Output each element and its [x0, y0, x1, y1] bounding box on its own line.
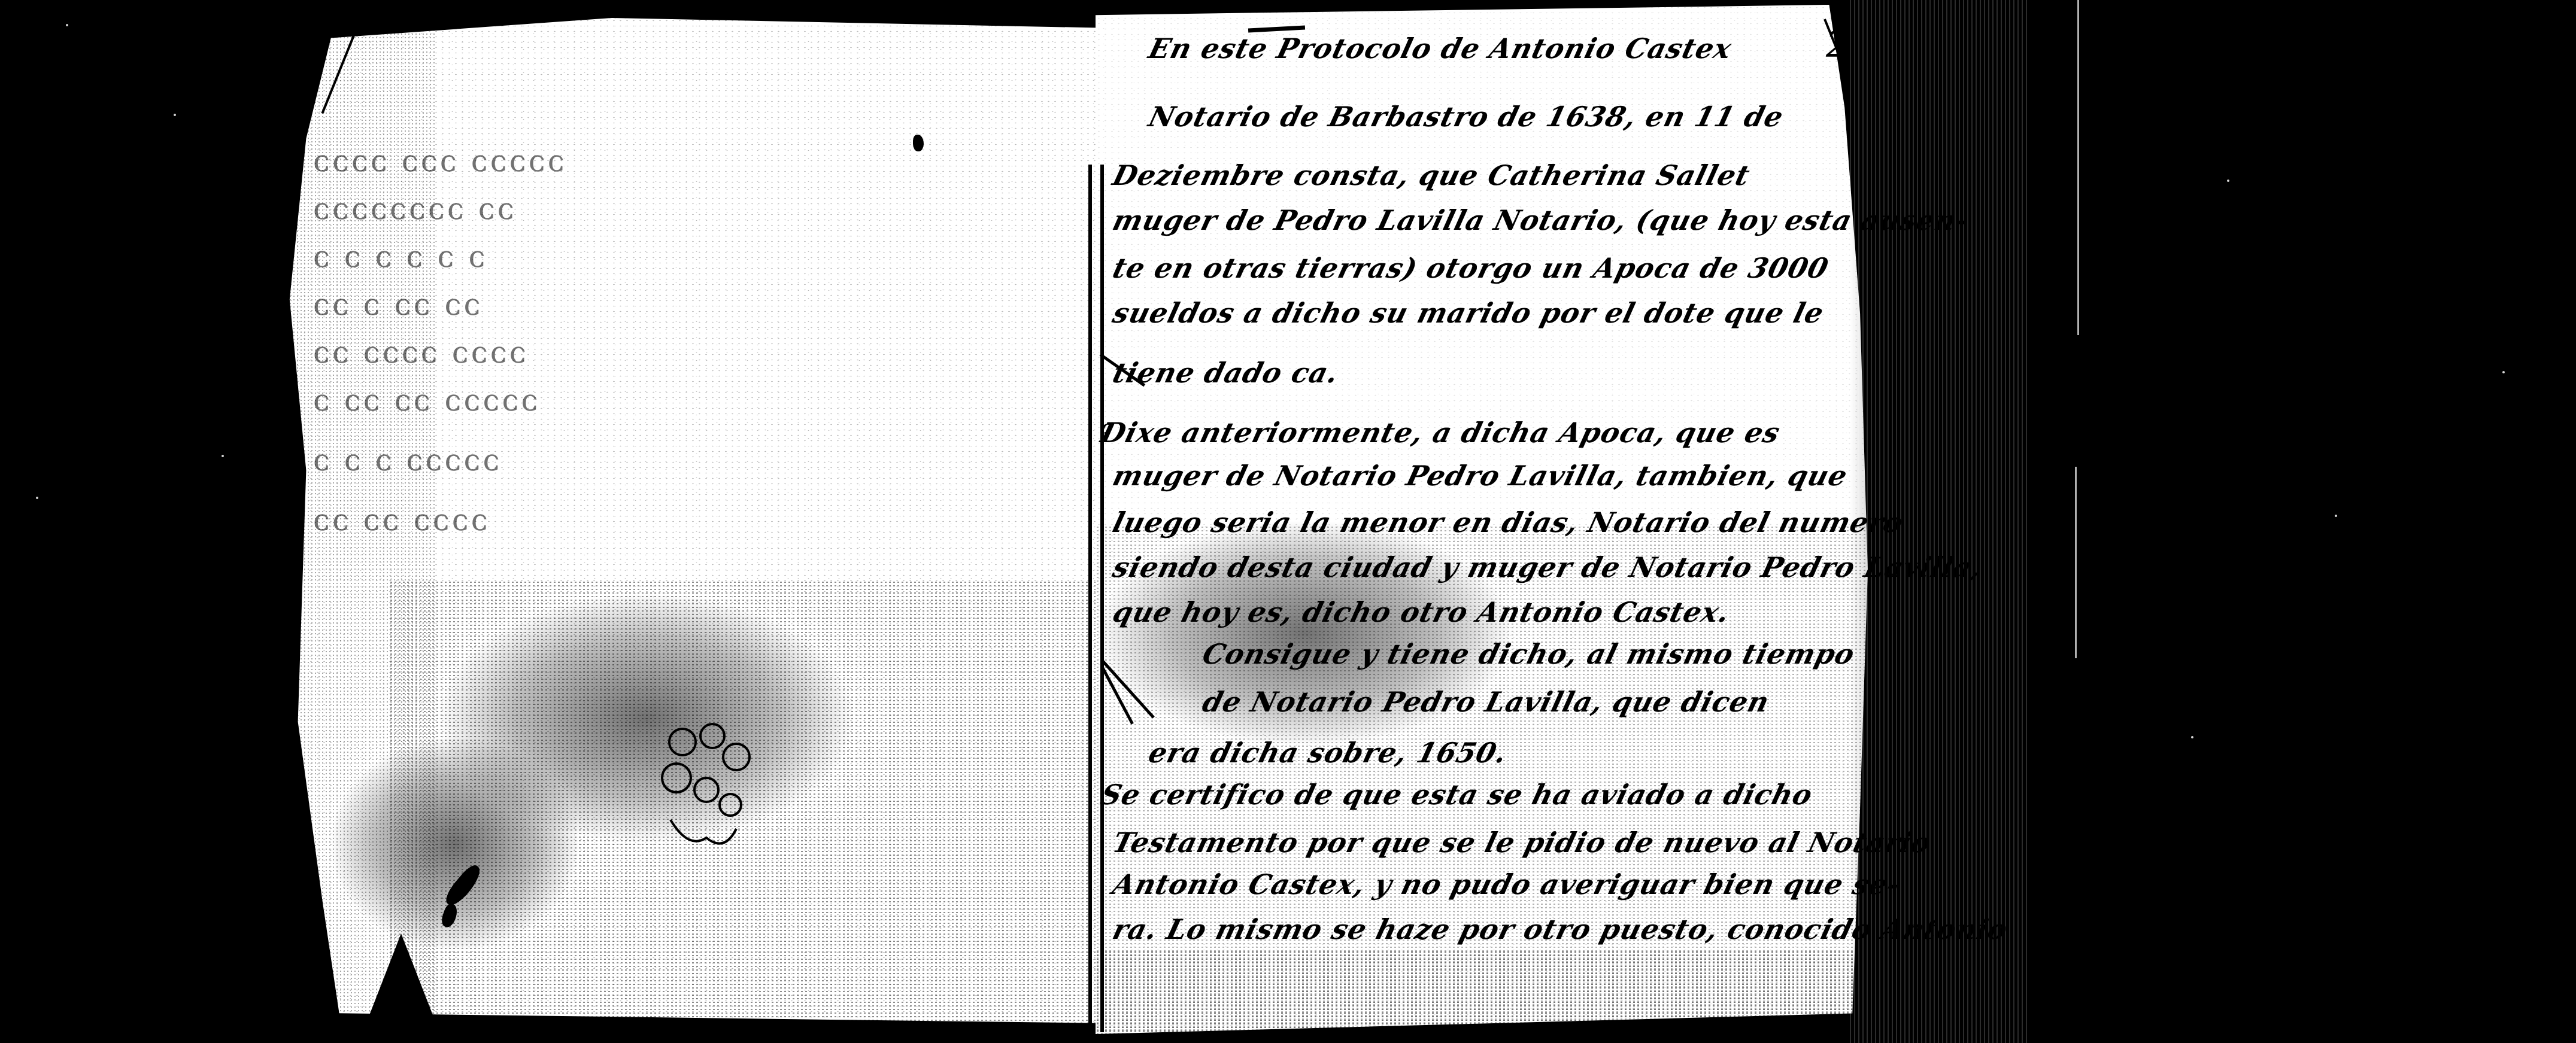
manuscript-line: luego seria la menor en dias, Notario de… — [1110, 509, 1871, 536]
bleed-line: ɔɔɔɔ ɔɔɔɔ ɔɔ — [308, 335, 530, 370]
bleed-line: ɔɔɔɔɔ ɔɔɔ ɔɔɔɔ — [308, 144, 569, 178]
manuscript-line: muger de Pedro Lavilla Notario, (que hoy… — [1110, 206, 1871, 234]
film-scratch-line — [2077, 0, 2079, 335]
manuscript-line: tiene dado ca. — [1110, 359, 1871, 387]
dust-speck — [2191, 736, 2193, 738]
manuscript-line: En este Protocolo de Antonio Castex — [1146, 35, 1907, 62]
manuscript-line: Se certifico de que esta se ha aviado a … — [1098, 781, 1859, 808]
film-scratch-line — [2075, 467, 2077, 658]
manuscript-line: ra. Lo mismo se haze por otro puesto, co… — [1110, 916, 1871, 943]
margin-mark: o — [1098, 419, 1856, 437]
manuscript-line: Antonio Castex, y no pudo averiguar bien… — [1110, 871, 1871, 898]
ink-blot — [913, 135, 924, 151]
bleed-line: ɔɔ ɔɔɔɔɔɔɔɔ — [308, 191, 518, 226]
bleed-line: ɔɔɔɔɔ ɔ ɔ ɔ — [308, 443, 504, 478]
dust-speck — [2335, 515, 2337, 517]
bleed-line: ɔɔ ɔɔ ɔ ɔɔ — [308, 287, 485, 322]
dust-speck — [2502, 371, 2505, 373]
manuscript-line: de Notario Pedro Lavilla, que dicen — [1200, 688, 1961, 716]
dust-speck — [222, 455, 224, 457]
manuscript-line: Deziembre consta, que Catherina Sallet — [1110, 162, 1871, 189]
manuscript-line: Testamento por que se le pidio de nuevo … — [1110, 829, 1871, 856]
manuscript-line: era dicha sobre, 1650. — [1146, 739, 1907, 767]
binding-cord — [1088, 165, 1104, 1032]
manuscript-line: Consigue y tiene dicho, al mismo tiempo — [1200, 640, 1961, 668]
manuscript-line: Notario de Barbastro de 1638, en 11 de — [1146, 103, 1907, 130]
ornament-stain-icon — [635, 700, 766, 862]
manuscript-line: que hoy es, dicho otro Antonio Castex. — [1110, 598, 1871, 626]
bleed-line: ɔ ɔ ɔ ɔ ɔ ɔ — [308, 239, 490, 274]
manuscript-line: te en otras tierras) otorgo un Apoca de … — [1110, 254, 1871, 282]
manuscript-line: siendo desta ciudad y muger de Notario P… — [1110, 554, 1871, 581]
dust-speck — [36, 497, 38, 499]
bleed-line: ɔɔɔɔɔ ɔɔ ɔɔ ɔ — [308, 383, 542, 418]
manuscript-line: sueldos a dicho su marido por el dote qu… — [1110, 299, 1871, 327]
bleed-line: ɔɔɔɔ ɔɔ ɔɔ — [308, 503, 492, 537]
page-shadow-wedge — [359, 933, 443, 1041]
manuscript-line: muger de Notario Pedro Lavilla, tambien,… — [1110, 462, 1871, 489]
dust-speck — [66, 24, 68, 26]
dust-speck — [174, 114, 176, 116]
dust-speck — [2227, 180, 2229, 182]
